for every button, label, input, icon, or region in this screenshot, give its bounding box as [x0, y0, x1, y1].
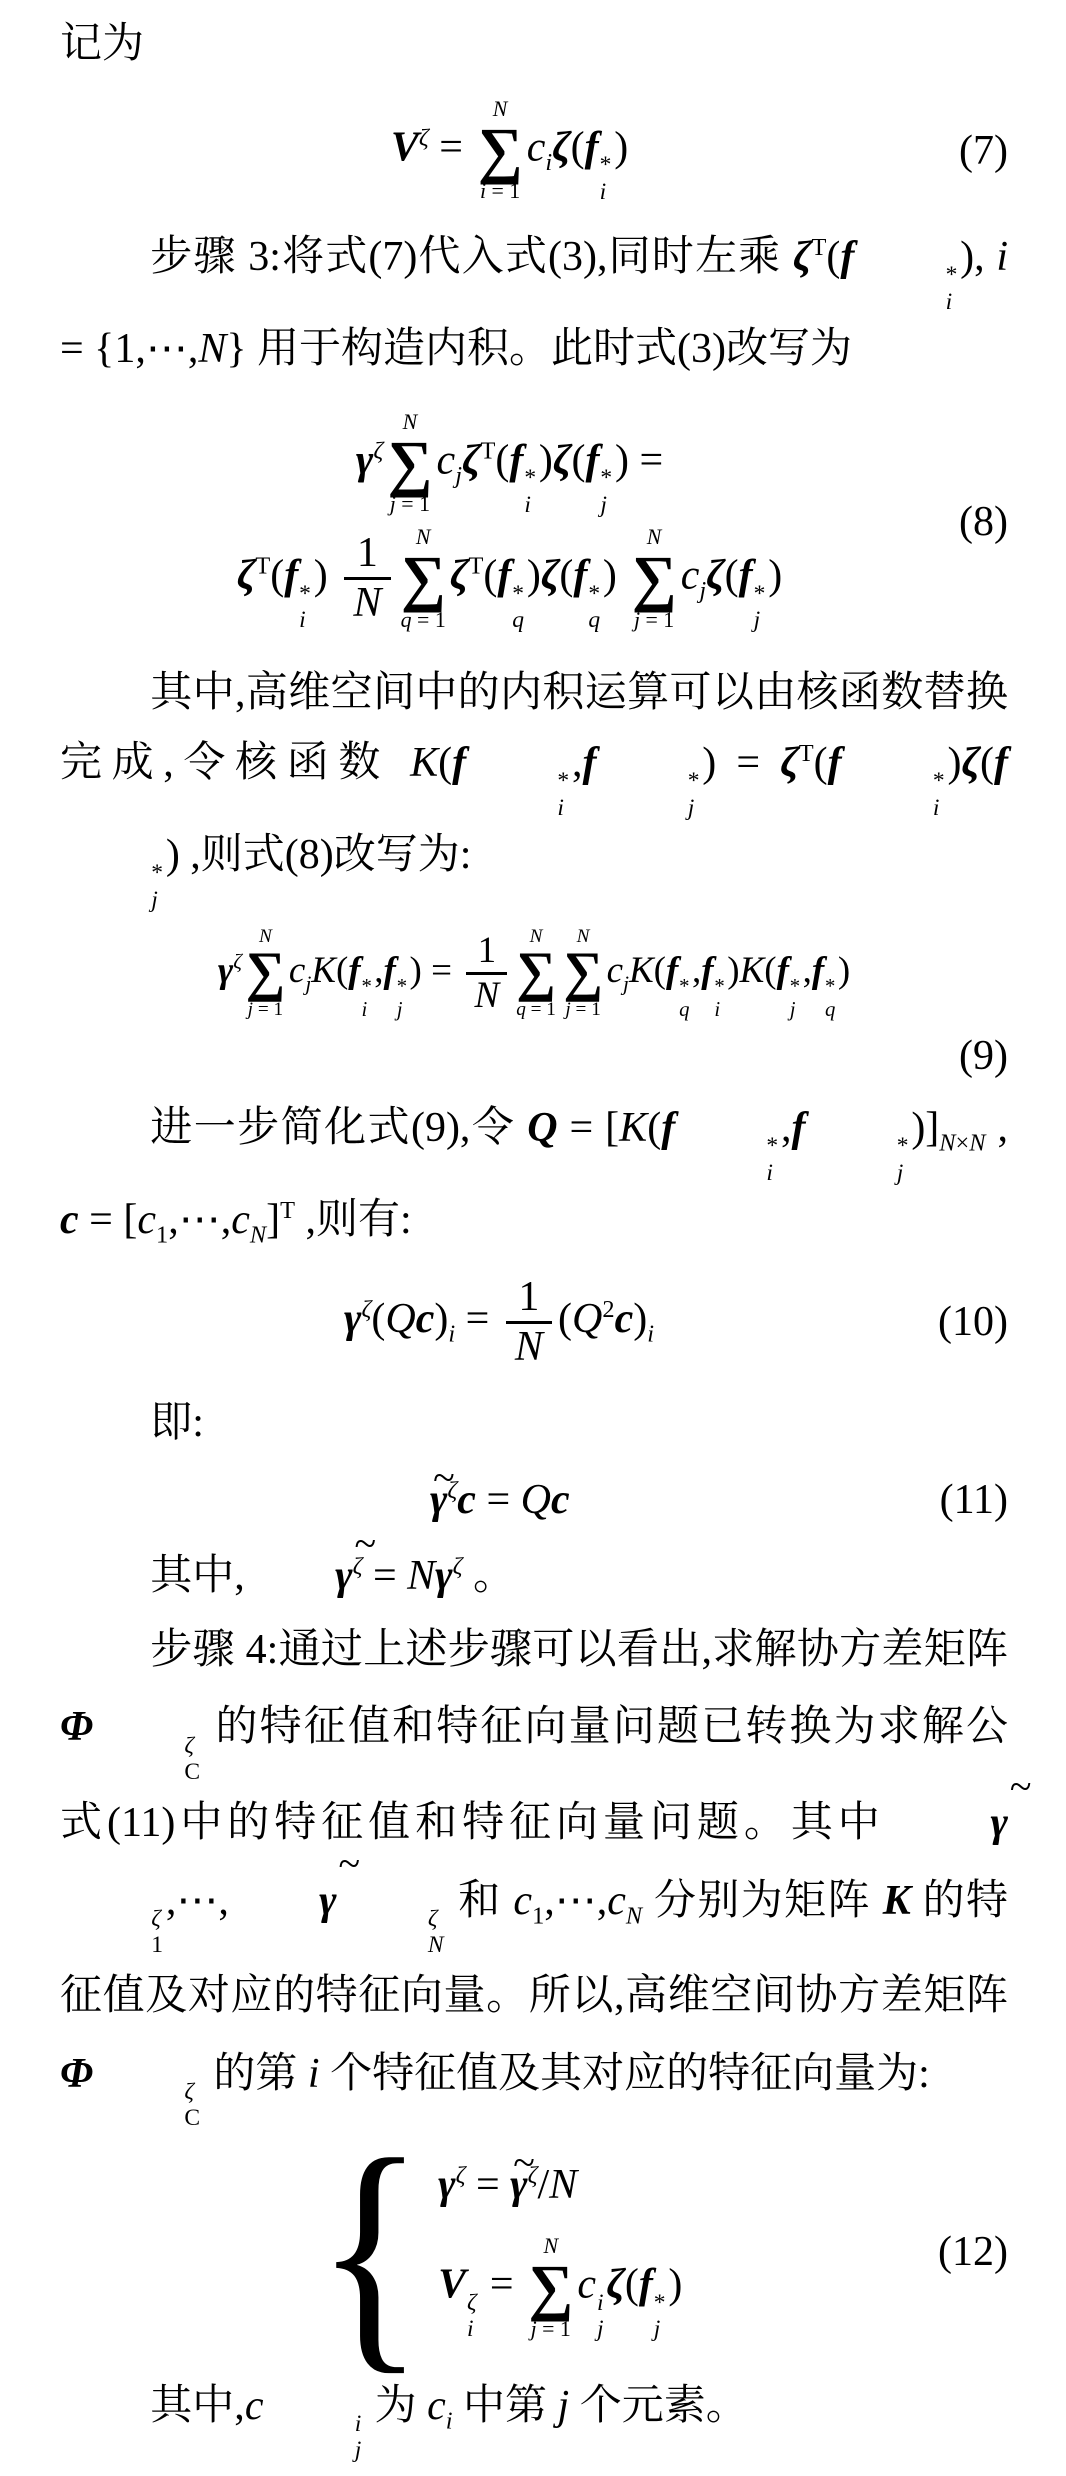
paper-page: 记为 Vζ = N∑i = 1ciζ(f*i) (7) 步骤 3:将式(7)代入… — [0, 0, 1066, 2476]
equation-12-rows: γζ = ~γζ/N Vζi = N∑j = 1cijζ(f*j) — [438, 2161, 682, 2342]
equation-12-number: (12) — [938, 2228, 1008, 2276]
equation-10: γζ(Qc)i = 1N(Q2c)i (10) — [60, 1274, 1008, 1371]
equation-7-formula: Vζ = N∑i = 1ciζ(f*i) — [60, 98, 959, 205]
equation-9-number: (9) — [60, 1032, 1008, 1080]
left-brace: { — [316, 2134, 425, 2369]
equation-8-line1: γζN∑j = 1cjζT(f*i)ζ(f*j) = — [60, 411, 959, 518]
paragraph-ji: 即: — [60, 1389, 1008, 1459]
equation-10-formula: γζ(Qc)i = 1N(Q2c)i — [60, 1274, 938, 1371]
paragraph-simplify: 进一步简化式(9),令 Q = [K(f*i,f*j)]N×N , c = [c… — [60, 1094, 1008, 1256]
equation-8-formula: γζN∑j = 1cjζT(f*i)ζ(f*j) = ζT(f*i) 1NN∑q… — [60, 403, 959, 642]
paragraph-intro: 记为 — [60, 10, 1008, 80]
equation-8: γζN∑j = 1cjζT(f*i)ζ(f*j) = ζT(f*i) 1NN∑q… — [60, 403, 1008, 642]
paragraph-step3: 步骤 3:将式(7)代入式(3),同时左乘 ζT(f*i), i = {1,⋯,… — [60, 223, 1008, 385]
equation-12-formula: { γζ = ~γζ/N Vζi = N∑j = 1cijζ(f*j) — [60, 2150, 938, 2354]
equation-11: ~γζc = Qc (11) — [60, 1476, 1008, 1524]
equation-12: { γζ = ~γζ/N Vζi = N∑j = 1cijζ(f*j) (12) — [60, 2150, 1008, 2354]
equation-11-number: (11) — [940, 1476, 1008, 1524]
equation-9: γζN∑j = 1cjK(f*i,f*j) = 1NN∑q = 1N∑j = 1… — [60, 927, 1008, 1080]
paragraph-final: 其中,cij 为 ci 中第 j 个元素。 — [60, 2372, 1008, 2464]
paragraph-where11: 其中,~γζ = Nγζ 。 — [60, 1542, 1008, 1612]
equation-8-number: (8) — [959, 498, 1008, 546]
equation-12-row2: Vζi = N∑j = 1cijζ(f*j) — [438, 2235, 682, 2342]
equation-9-formula: γζN∑j = 1cjK(f*i,f*j) = 1NN∑q = 1N∑j = 1… — [60, 927, 1008, 1022]
equation-12-system: { γζ = ~γζ/N Vζi = N∑j = 1cijζ(f*j) — [316, 2150, 683, 2354]
equation-11-formula: ~γζc = Qc — [60, 1476, 940, 1524]
paragraph-step4: 步骤 4:通过上述步骤可以看出,求解协方差矩阵 ΦζC 的特征值和特征向量问题已… — [60, 1612, 1008, 2131]
paragraph-kernel: 其中,高维空间中的内积运算可以由核函数替换完成,令核函数 K(f*i,f*j) … — [60, 659, 1008, 912]
equation-7-number: (7) — [959, 127, 1008, 175]
equation-10-number: (10) — [938, 1298, 1008, 1346]
equation-7: Vζ = N∑i = 1ciζ(f*i) (7) — [60, 98, 1008, 205]
equation-12-row1: γζ = ~γζ/N — [438, 2161, 577, 2209]
equation-8-line2: ζT(f*i) 1NN∑q = 1ζT(f*q)ζ(f*q) N∑j = 1cj… — [60, 526, 959, 633]
